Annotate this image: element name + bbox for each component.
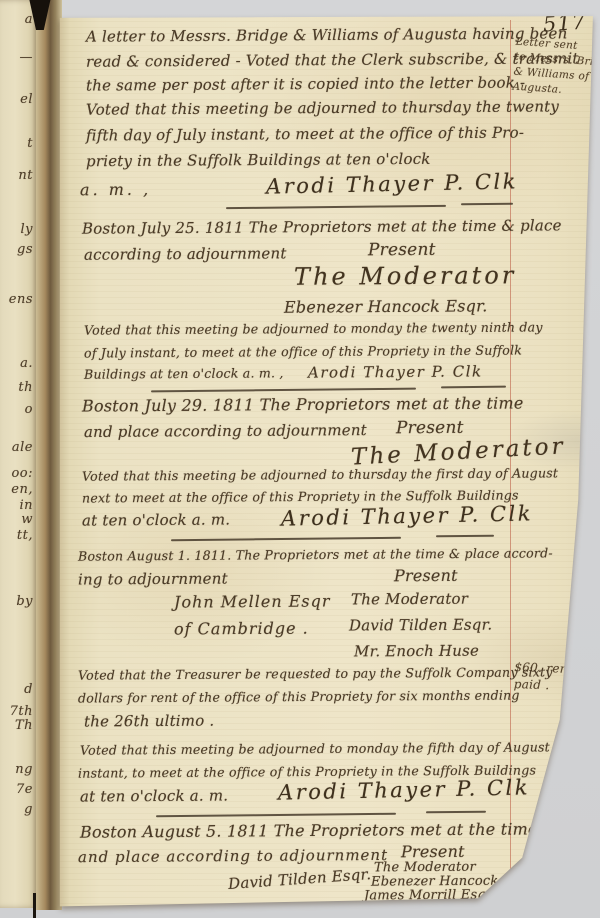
left-page-fragment: tt, <box>17 528 33 543</box>
entry-line: Voted that this meeting be adjourned to … <box>84 319 543 337</box>
entry-line: and place according to adjournment <box>78 846 388 866</box>
left-page-fragment: — <box>20 50 34 65</box>
entry-line: Voted that the Treasurer be requested to… <box>78 664 553 682</box>
entry-line: at ten o'clock a. m. <box>82 510 230 529</box>
entry-line: fifth day of July instant, to meet at th… <box>86 123 524 144</box>
attendee-name: Mr. Enoch Huse <box>354 642 479 661</box>
entry-line: priety in the Suffolk Buildings at ten o… <box>86 150 431 170</box>
left-page-fragment: ng <box>15 762 33 777</box>
flourish-rule <box>441 386 506 389</box>
attendee-name: John Mellen Esqr <box>174 591 331 611</box>
entry-dateline: Boston August 1. 1811. The Proprietors m… <box>78 545 553 563</box>
present-label: Present <box>401 842 465 861</box>
attendee-name: James Morrill Esqr. <box>364 888 495 904</box>
left-page-fragment: a <box>25 12 33 27</box>
left-page-fragment: en, <box>11 482 33 497</box>
left-page-fragment: ale <box>12 440 33 455</box>
entry-line: and place according to adjournment <box>84 421 367 441</box>
left-page-fragment: Th <box>15 718 33 733</box>
entry-dateline: Boston July 25. 1811 The Proprietors met… <box>82 216 562 237</box>
entry-line: the same per post after it is copied int… <box>86 73 525 94</box>
left-page-fragment: in <box>19 498 33 513</box>
left-page-fragment: g <box>24 802 33 817</box>
attendee-name: David Tilden Esqr. <box>349 616 492 635</box>
left-page-fragment: 7th <box>10 704 33 719</box>
left-page-fragment: by <box>16 594 33 609</box>
left-page-fragment: o <box>25 402 33 417</box>
left-page-fragment: t <box>27 136 33 151</box>
moderator-label: The Moderator <box>294 261 516 291</box>
attendee-name: of Cambridge . <box>174 619 309 639</box>
entry-line: read & considered - Voted that the Clerk… <box>86 49 579 70</box>
left-page-fragment: w <box>21 512 33 527</box>
left-page-fragment: 7e <box>16 782 33 797</box>
entry-dateline: Boston August 5. 1811 The Proprietors me… <box>80 819 538 841</box>
flourish-rule <box>436 535 494 538</box>
flourish-rule <box>426 811 486 814</box>
left-page-fragment: ly <box>20 222 33 237</box>
entry-line: Voted that this meeting be adjourned to … <box>80 739 550 757</box>
entry-line: ing to adjournment <box>78 569 228 588</box>
left-page-fragment: oo: <box>11 466 33 481</box>
entry-line: Voted that this meeting be adjourned to … <box>86 97 559 118</box>
left-page-fragment: gs <box>17 242 33 257</box>
entry-line: A letter to Messrs. Bridge & Williams of… <box>86 24 568 45</box>
signature-clerk: Arodi Thayer P. Clk <box>278 775 530 804</box>
present-label: Present <box>394 566 458 585</box>
entry-line: according to adjournment <box>84 244 287 263</box>
entry-line: dollars for rent of the office of this P… <box>78 687 520 705</box>
left-page-fragment: ens <box>9 292 33 307</box>
flourish-rule <box>226 205 446 209</box>
flourish-rule <box>156 813 396 818</box>
signature-clerk: Arodi Thayer P. Clk <box>266 169 518 198</box>
entry-am: a. m. , <box>80 180 151 199</box>
present-label: Present <box>368 240 436 260</box>
binding-thread <box>33 893 36 918</box>
flourish-rule <box>171 537 401 541</box>
attendee-name: David Tilden Esqr. <box>228 865 372 893</box>
entry-line: at ten o'clock a. m. <box>80 786 228 805</box>
left-page-fragment: d <box>24 682 33 697</box>
flourish-rule <box>151 388 416 393</box>
flourish-rule <box>461 203 513 206</box>
manuscript-page: 517 Letter sent to Messrs. Bridge & Will… <box>56 8 600 910</box>
moderator-label: The Moderator <box>351 590 468 609</box>
manuscript-scan: a — el t nt ly gs ens a. th o ale oo: en… <box>0 0 600 918</box>
attendee-name: Ebenezer Hancock Esqr. <box>284 296 488 316</box>
prev-page-edge: a — el t nt ly gs ens a. th o ale oo: en… <box>0 0 38 908</box>
present-label: Present <box>396 418 464 438</box>
entry-line: of July instant, to meet at the office o… <box>84 342 522 360</box>
entry-dateline: Boston July 29. 1811 The Proprietors met… <box>82 393 524 415</box>
left-page-fragment: th <box>18 380 33 395</box>
entry-line: Voted that this meeting be adjourned to … <box>82 465 558 483</box>
left-page-fragment: a. <box>20 356 33 371</box>
signature-clerk: Arodi Thayer P. Clk <box>308 362 483 381</box>
left-page-fragment: el <box>20 92 33 107</box>
signature-clerk: Arodi Thayer P. Clk <box>281 501 533 530</box>
entry-line: Buildings at ten o'clock a. m. , <box>84 365 284 381</box>
entry-line: the 26th ultimo . <box>84 712 214 731</box>
left-page-fragment: nt <box>18 168 33 183</box>
